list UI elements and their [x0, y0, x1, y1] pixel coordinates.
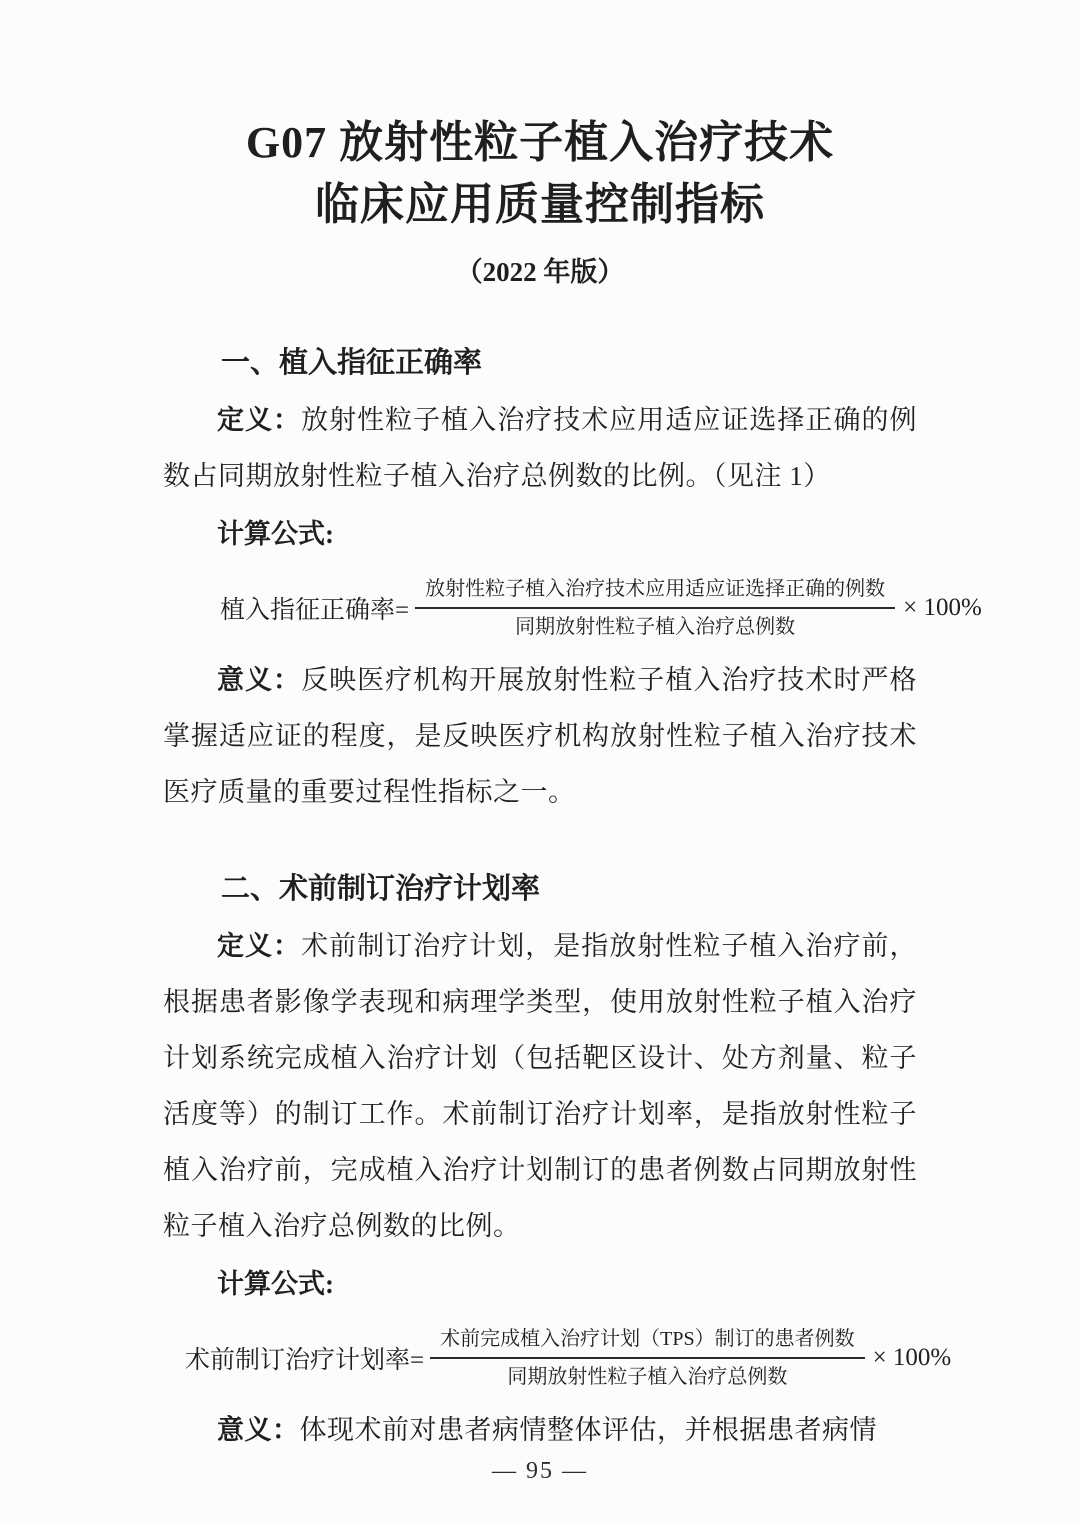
definition-label: 定义：: [217, 405, 301, 435]
section-1-significance: 意义：反映医疗机构开展放射性粒子植入治疗技术时严格掌握适应证的程度，是反映医疗机…: [163, 652, 917, 820]
document-title-line2: 临床应用质量控制指标: [163, 174, 917, 236]
section-1-formula: 植入指征正确率= 放射性粒子植入治疗技术应用适应证选择正确的例数 同期放射性粒子…: [163, 574, 917, 642]
formula-multiplier: × 100%: [873, 1344, 952, 1372]
document-title-line1: G07 放射性粒子植入治疗技术: [163, 112, 917, 174]
section-2-definition: 定义：术前制订治疗计划，是指放射性粒子植入治疗前，根据患者影像学表现和病理学类型…: [163, 918, 917, 1254]
formula-denominator: 同期放射性粒子植入治疗总例数: [507, 1359, 787, 1392]
formula-multiplier: × 100%: [903, 594, 982, 622]
definition-text: 术前制订治疗计划，是指放射性粒子植入治疗前，根据患者影像学表现和病理学类型，使用…: [163, 931, 917, 1241]
significance-label: 意义：: [217, 665, 301, 695]
page-number: — 95 —: [163, 1458, 917, 1485]
section-2-significance: 意义：体现术前对患者病情整体评估，并根据患者病情: [163, 1402, 917, 1458]
formula-denominator: 同期放射性粒子植入治疗总例数: [515, 609, 795, 642]
section-1-definition: 定义：放射性粒子植入治疗技术应用适应证选择正确的例数占同期放射性粒子植入治疗总例…: [163, 392, 917, 504]
definition-label: 定义：: [217, 931, 301, 961]
formula-lhs: 术前制订治疗计划率=: [185, 1340, 424, 1376]
document-page: G07 放射性粒子植入治疗技术 临床应用质量控制指标 （2022 年版） 一、植…: [0, 0, 1080, 1526]
edition-label: （2022 年版）: [163, 250, 917, 294]
significance-label: 意义：: [217, 1415, 300, 1445]
formula-fraction: 术前完成植入治疗计划（TPS）制订的患者例数 同期放射性粒子植入治疗总例数: [430, 1324, 864, 1392]
formula-lhs: 植入指征正确率=: [220, 590, 409, 626]
section-2-formula: 术前制订治疗计划率= 术前完成植入治疗计划（TPS）制订的患者例数 同期放射性粒…: [163, 1324, 917, 1392]
section-1-formula-label: 计算公式:: [163, 506, 917, 562]
section-1-heading: 一、植入指征正确率: [163, 334, 917, 392]
significance-text: 体现术前对患者病情整体评估，并根据患者病情: [300, 1415, 878, 1445]
formula-fraction: 放射性粒子植入治疗技术应用适应证选择正确的例数 同期放射性粒子植入治疗总例数: [415, 574, 895, 642]
formula-numerator: 术前完成植入治疗计划（TPS）制订的患者例数: [430, 1324, 864, 1359]
section-2-formula-label: 计算公式:: [163, 1256, 917, 1312]
section-2-heading: 二、术前制订治疗计划率: [163, 860, 917, 918]
document-title: G07 放射性粒子植入治疗技术 临床应用质量控制指标: [163, 112, 917, 236]
formula-numerator: 放射性粒子植入治疗技术应用适应证选择正确的例数: [415, 574, 895, 609]
